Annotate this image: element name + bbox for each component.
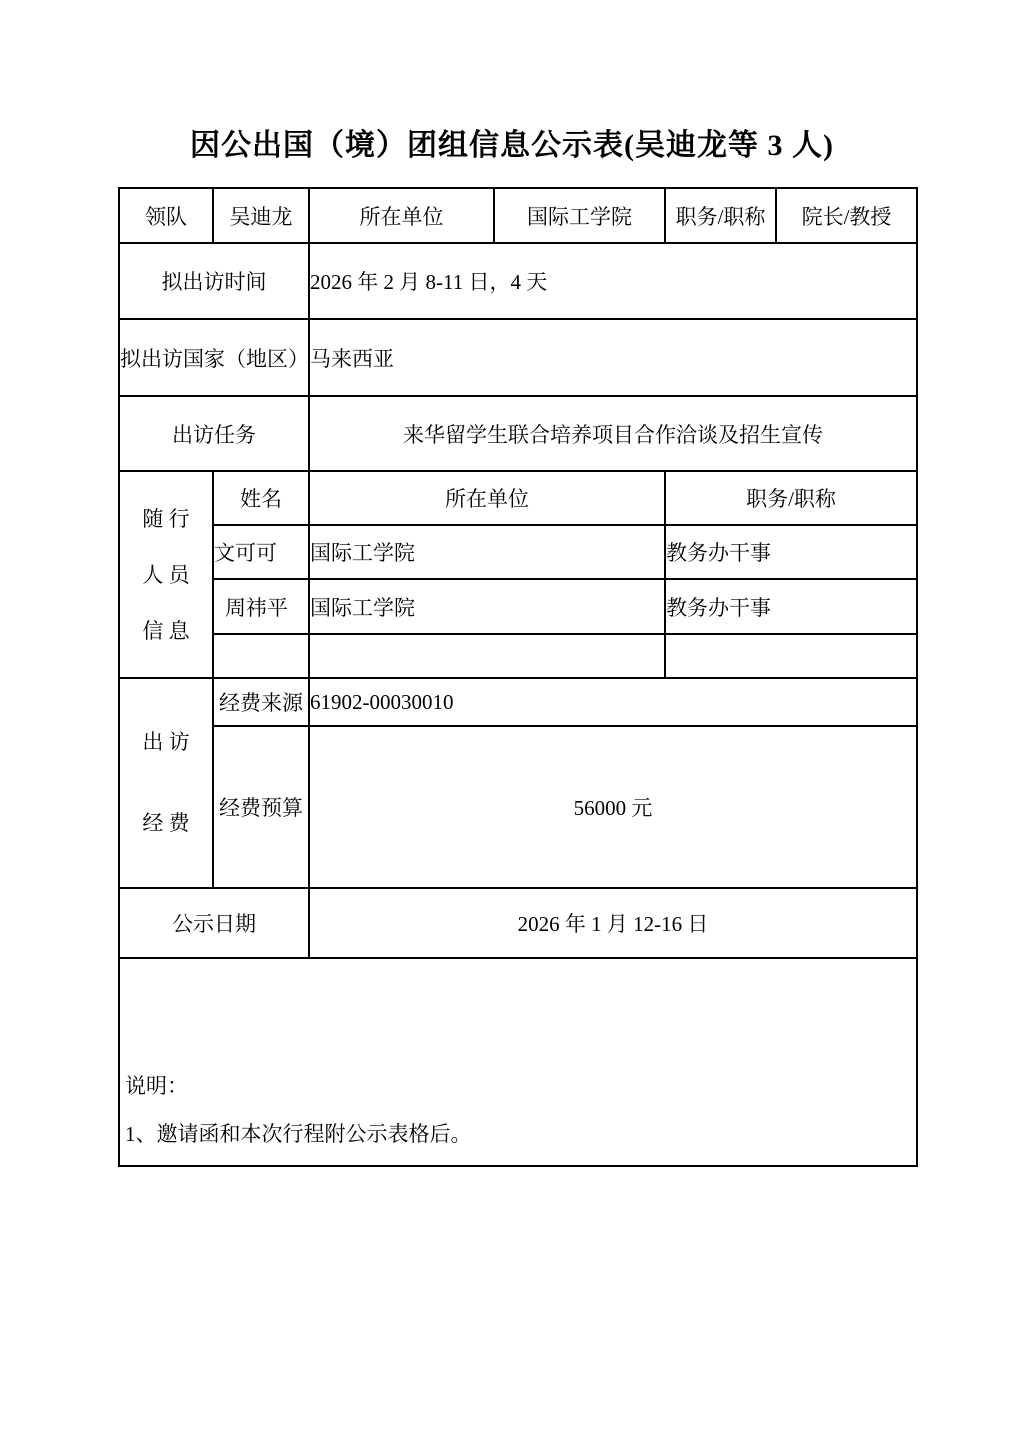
task-label: 出访任务 — [119, 396, 309, 471]
funding-budget-value: 56000 元 — [309, 726, 917, 888]
leader-unit-label: 所在单位 — [309, 188, 494, 243]
country-value: 马来西亚 — [309, 319, 917, 396]
escort-label-line: 人 员 — [120, 547, 212, 603]
leader-position-label: 职务/职称 — [665, 188, 776, 243]
escort-member-position: 教务办干事 — [665, 525, 917, 579]
time-value: 2026 年 2 月 8-11 日，4 天 — [309, 243, 917, 319]
funding-label-line: 出 访 — [120, 702, 212, 783]
escort-member-row: 文可可 国际工学院 教务办干事 — [119, 525, 917, 579]
notice-date-value: 2026 年 1 月 12-16 日 — [309, 888, 917, 958]
funding-section-label: 出 访 经 费 — [119, 678, 213, 888]
funding-source-value: 61902-00030010 — [309, 678, 917, 726]
notes-cell: 说明： 1、邀请函和本次行程附公示表格后。 2、如对公示内容有异议，请署实名通过… — [119, 958, 917, 1166]
leader-label: 领队 — [119, 188, 213, 243]
escort-member-row-empty — [119, 634, 917, 678]
leader-row: 领队 吴迪龙 所在单位 国际工学院 职务/职称 院长/教授 — [119, 188, 917, 243]
escort-member-name — [213, 634, 309, 678]
time-label: 拟出访时间 — [119, 243, 309, 319]
notes-heading: 说明： — [125, 1074, 188, 1098]
funding-label-line: 经 费 — [120, 783, 212, 864]
escort-header-name: 姓名 — [213, 471, 309, 525]
escort-member-unit: 国际工学院 — [309, 525, 665, 579]
notice-date-row: 公示日期 2026 年 1 月 12-16 日 — [119, 888, 917, 958]
task-row: 出访任务 来华留学生联合培养项目合作洽谈及招生宣传 — [119, 396, 917, 471]
funding-budget-label: 经费预算 — [213, 726, 309, 888]
escort-header-unit: 所在单位 — [309, 471, 665, 525]
task-value: 来华留学生联合培养项目合作洽谈及招生宣传 — [309, 396, 917, 471]
escort-member-unit: 国际工学院 — [309, 579, 665, 634]
escort-label-line: 信 息 — [120, 603, 212, 659]
escort-label-line: 随 行 — [120, 491, 212, 547]
notice-date-label: 公示日期 — [119, 888, 309, 958]
escort-member-unit — [309, 634, 665, 678]
document-page: 因公出国（境）团组信息公示表(吴迪龙等 3 人) 领队 吴迪龙 所在单位 国际工… — [0, 0, 1024, 1448]
country-row: 拟出访国家（地区） 马来西亚 — [119, 319, 917, 396]
funding-budget-row: 经费预算 56000 元 — [119, 726, 917, 888]
escort-header-position: 职务/职称 — [665, 471, 917, 525]
time-row: 拟出访时间 2026 年 2 月 8-11 日，4 天 — [119, 243, 917, 319]
escort-member-name: 周祎平 — [213, 579, 309, 634]
funding-source-row: 出 访 经 费 经费来源 61902-00030010 — [119, 678, 917, 726]
country-label: 拟出访国家（地区） — [119, 319, 309, 396]
escort-member-position: 教务办干事 — [665, 579, 917, 634]
leader-unit: 国际工学院 — [494, 188, 665, 243]
notice-table: 领队 吴迪龙 所在单位 国际工学院 职务/职称 院长/教授 拟出访时间 2026… — [118, 187, 918, 1167]
escort-member-name: 文可可 — [213, 525, 309, 579]
notes-row: 说明： 1、邀请函和本次行程附公示表格后。 2、如对公示内容有异议，请署实名通过… — [119, 958, 917, 1166]
leader-position: 院长/教授 — [776, 188, 917, 243]
escort-member-row: 周祎平 国际工学院 教务办干事 — [119, 579, 917, 634]
escort-section-label: 随 行 人 员 信 息 — [119, 471, 213, 678]
page-title: 因公出国（境）团组信息公示表(吴迪龙等 3 人) — [0, 120, 1024, 164]
leader-name: 吴迪龙 — [213, 188, 309, 243]
funding-source-label: 经费来源 — [213, 678, 309, 726]
escort-header-row: 随 行 人 员 信 息 姓名 所在单位 职务/职称 — [119, 471, 917, 525]
notes-item-1: 1、邀请函和本次行程附公示表格后。 — [125, 1122, 472, 1146]
escort-member-position — [665, 634, 917, 678]
